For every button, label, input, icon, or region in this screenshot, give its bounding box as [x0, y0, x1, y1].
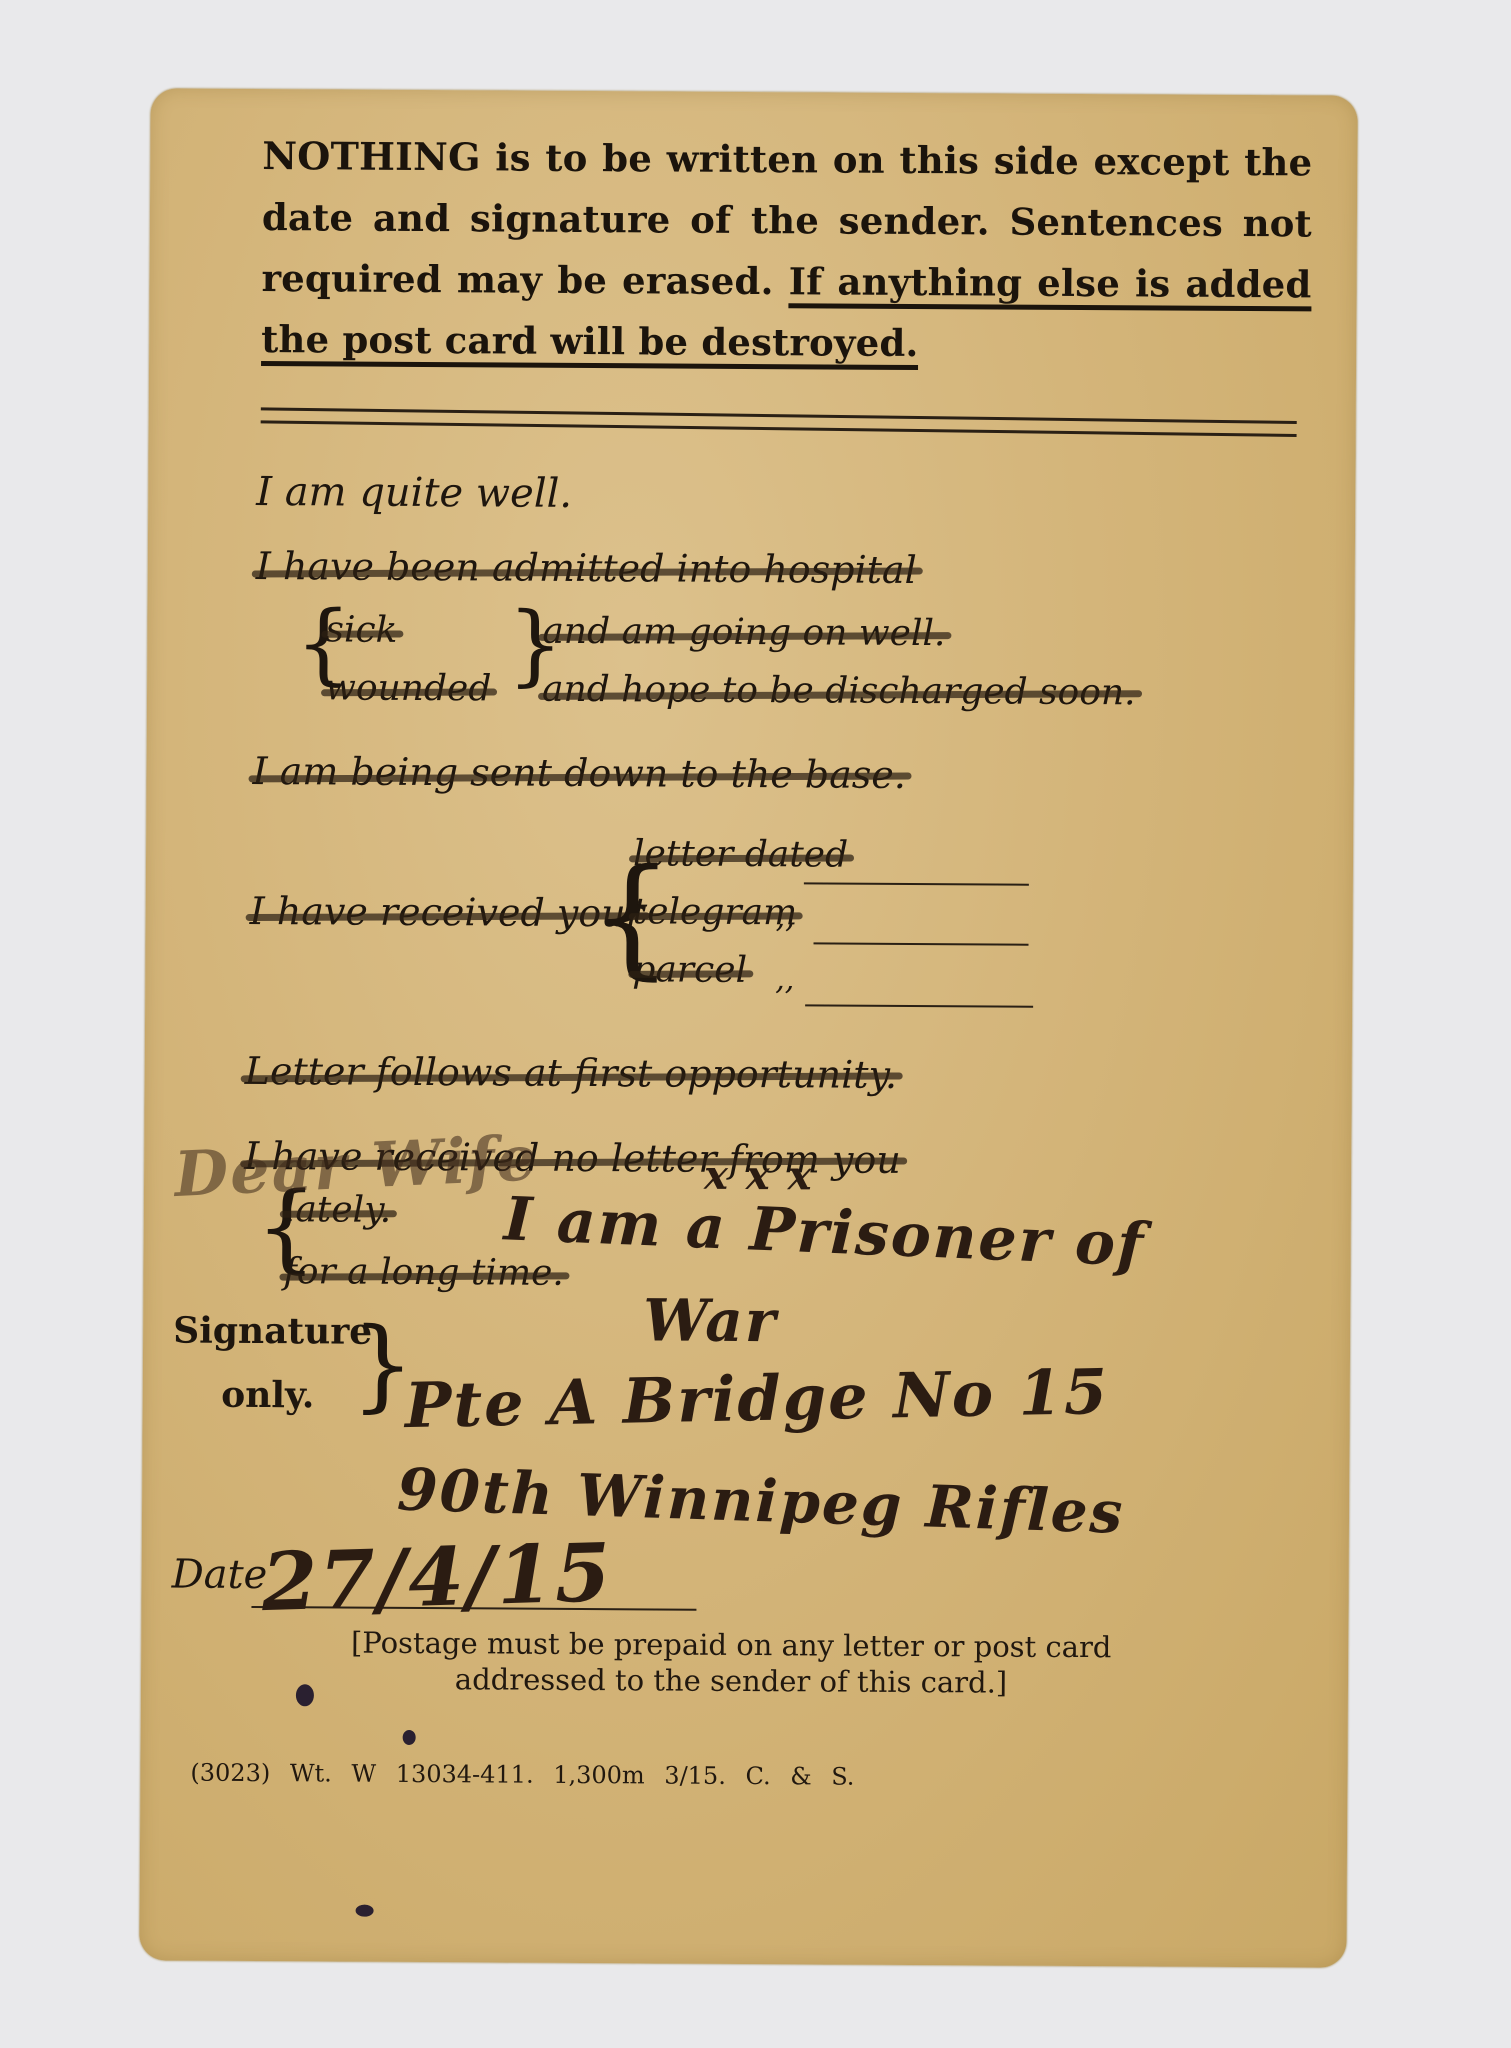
sentence-base-text: I am being sent down to the base.: [252, 749, 906, 797]
sentence-quite-well: I am quite well.: [256, 469, 572, 517]
ditto-mark-telegram: ,,: [776, 900, 795, 935]
sentence-letter-follows-text: Letter follows at first opportunity.: [245, 1049, 898, 1097]
handwritten-message-line-1: I am a Prisoner of: [503, 1184, 1147, 1280]
option-letter-dated: letter dated: [633, 833, 848, 875]
handwritten-message-line-2: War: [643, 1286, 778, 1355]
option-wounded-text: wounded: [325, 667, 492, 709]
sentence-hospital: I have been admitted into hospital: [256, 544, 917, 592]
sentence-going-on-well: and am going on well.: [542, 611, 945, 654]
signature-label-line-2: only.: [173, 1362, 363, 1427]
ink-blot: [296, 1684, 314, 1706]
sentence-going-on-well-text: and am going on well.: [542, 611, 945, 654]
parcel-blank: [805, 1004, 1033, 1007]
sentence-discharged: and hope to be discharged soon.: [542, 669, 1136, 714]
option-wounded: wounded: [325, 667, 492, 709]
option-long-time: for a long time.: [283, 1251, 564, 1294]
handwritten-greeting: Dear Wife: [173, 1121, 540, 1211]
sentence-discharged-text: and hope to be discharged soon.: [542, 669, 1136, 714]
ink-blot: [403, 1730, 416, 1745]
handwritten-signature-line-1: Pte A Bridge No 15: [404, 1355, 1110, 1442]
letter-dated-blank: [804, 882, 1029, 885]
option-telegram-text: telegram: [633, 891, 798, 933]
double-rule-divider: [261, 407, 1297, 437]
postage-note-line-1: [Postage must be prepaid on any letter o…: [256, 1624, 1206, 1666]
option-letter-dated-text: letter dated: [633, 833, 848, 875]
postage-note: [Postage must be prepaid on any letter o…: [256, 1624, 1206, 1702]
option-telegram: telegram: [633, 891, 798, 933]
field-service-postcard: NOTHING is to be written on this side ex…: [139, 88, 1357, 1967]
option-parcel: parcel: [632, 949, 747, 991]
sentence-received-your: I have received your: [250, 889, 644, 935]
signature-label: Signature only.: [173, 1298, 364, 1427]
date-label: Date: [172, 1551, 268, 1598]
option-sick: sick: [325, 609, 397, 650]
option-sick-text: sick: [325, 609, 397, 650]
ditto-mark-parcel: ,,: [775, 962, 794, 997]
option-long-time-text: for a long time.: [283, 1251, 564, 1294]
handwritten-date: 27/4/15: [260, 1525, 613, 1629]
sentence-received-your-text: I have received your: [250, 889, 644, 935]
sentence-hospital-text: I have been admitted into hospital: [256, 544, 917, 592]
signature-label-line-1: Signature: [173, 1298, 363, 1363]
printer-imprint: (3023) Wt. W 13034-411. 1,300m 3/15. C. …: [190, 1759, 854, 1791]
option-parcel-text: parcel: [632, 949, 747, 991]
ink-blot: [356, 1905, 374, 1917]
telegram-blank: [814, 942, 1029, 945]
notice-lead: NOTHING: [262, 133, 481, 179]
instructions-notice: NOTHING is to be written on this side ex…: [261, 125, 1312, 376]
sentence-letter-follows: Letter follows at first opportunity.: [245, 1049, 898, 1097]
sentence-base: I am being sent down to the base.: [252, 749, 906, 797]
postage-note-line-2: addressed to the sender of this card.]: [256, 1660, 1206, 1702]
